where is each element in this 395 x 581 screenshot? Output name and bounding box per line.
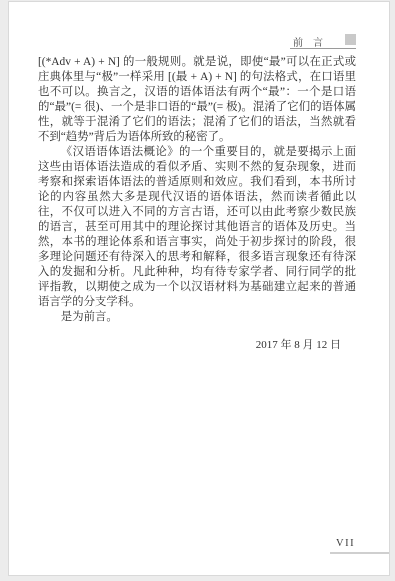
paragraph-main: 《汉语语体语法概论》的一个重要目的，就是要揭示上面这些由语体语法造成的看似矛盾、…	[38, 145, 356, 310]
preface-body: [(*Adv + A) + N] 的一般规则。就是说，即使“最”可以在正式或庄典…	[38, 55, 356, 353]
book-page: 前 言 [(*Adv + A) + N] 的一般规则。就是说，即使“最”可以在正…	[8, 1, 390, 576]
scan-background: 前 言 [(*Adv + A) + N] 的一般规则。就是说，即使“最”可以在正…	[0, 0, 395, 581]
running-head-title: 前 言	[293, 34, 323, 49]
footer-rule	[330, 552, 389, 554]
date-line: 2017 年 8 月 12 日	[38, 338, 356, 353]
paragraph-continuation: [(*Adv + A) + N] 的一般规则。就是说，即使“最”可以在正式或庄典…	[38, 55, 356, 145]
page-number: VII	[336, 538, 355, 549]
paragraph-closing: 是为前言。	[38, 310, 356, 325]
page-header: 前 言	[290, 33, 356, 49]
header-decoration-block	[345, 34, 356, 45]
